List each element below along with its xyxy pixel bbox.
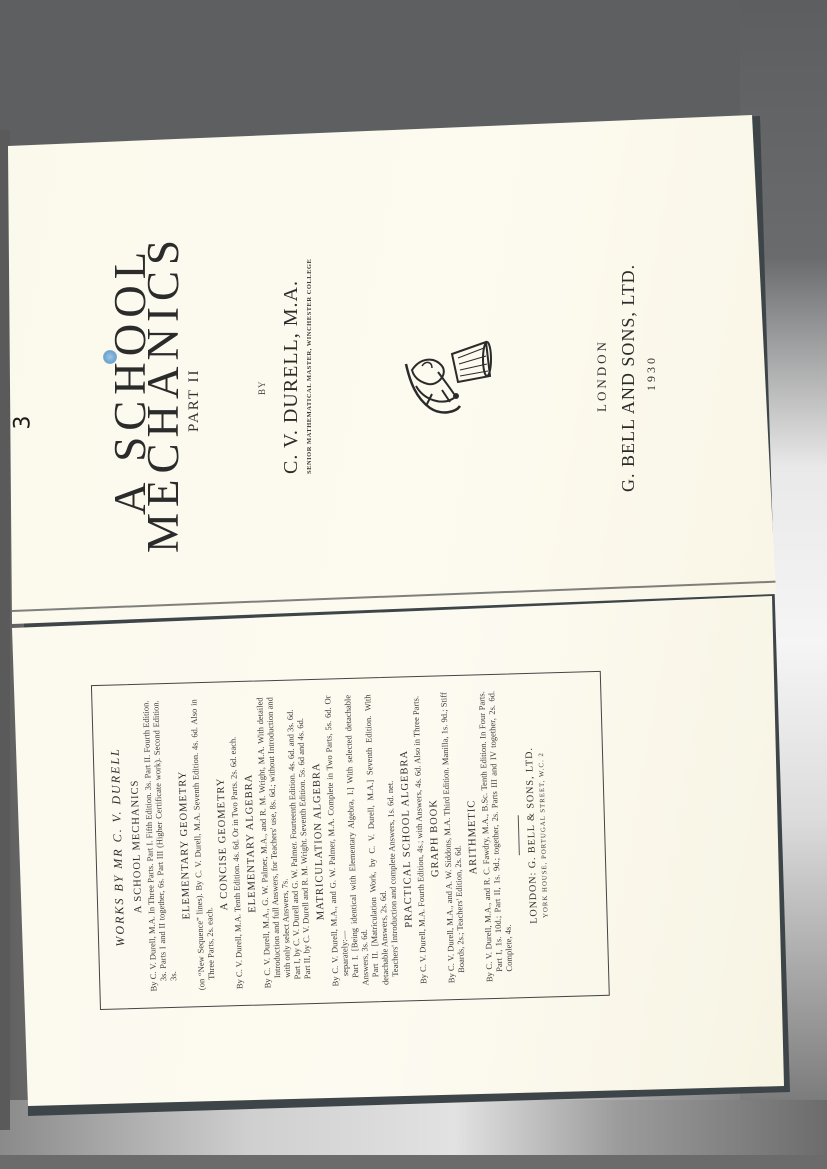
scanner-background-left xyxy=(0,130,10,1130)
title-line-2: MECHANICS xyxy=(137,234,189,553)
advert-entry: A CONCISE GEOMETRY By C. V. Durell, M.A.… xyxy=(214,698,244,990)
author-name: C. V. DURELL, M.A. xyxy=(280,280,303,474)
entry-text: By C. V. Durell, M.A. In Three Parts. Pa… xyxy=(140,700,178,992)
advert-entry: GRAPH BOOK By C. V. Durell, M.A., and A.… xyxy=(426,692,466,984)
divider xyxy=(518,816,520,856)
works-advertisement: WORKS BY MR C. V. DURELL A SCHOOL MECHAN… xyxy=(91,671,610,1010)
advert-header: WORKS BY MR C. V. DURELL xyxy=(108,701,126,992)
entry-text: By C. V. Durell, M.A., and R. C. Fawdry,… xyxy=(476,691,514,983)
publisher-device-icon xyxy=(398,336,494,422)
advert-entry: MATRICULATION ALGEBRA By C. V. Durell, M… xyxy=(310,694,400,987)
author-role: SENIOR MATHEMATICAL MASTER, WINCHESTER C… xyxy=(306,259,313,474)
publisher-name: G. BELL AND SONS, LTD. xyxy=(618,264,639,492)
advert-entry: A SCHOOL MECHANICS By C. V. Durell, M.A.… xyxy=(128,700,178,992)
advert-entry: ELEMENTARY GEOMETRY (on “New Sequence” l… xyxy=(176,699,216,991)
publication-year: 1930 xyxy=(644,355,659,391)
ink-blot xyxy=(103,350,117,364)
advert-entry: ELEMENTARY ALGEBRA By C. V. Durell, M.A.… xyxy=(242,696,312,989)
advert-entry: PRACTICAL SCHOOL ALGEBRA By C. V. Durell… xyxy=(398,693,428,985)
part-label: PART II xyxy=(186,368,203,432)
by-label: BY xyxy=(257,380,267,395)
publisher-city: LONDON xyxy=(594,339,610,412)
advert-entry: ARITHMETIC By C. V. Durell, M.A., and R.… xyxy=(464,691,514,983)
scanner-background-footer xyxy=(0,1155,827,1169)
margin-note: 3 xyxy=(11,416,36,430)
